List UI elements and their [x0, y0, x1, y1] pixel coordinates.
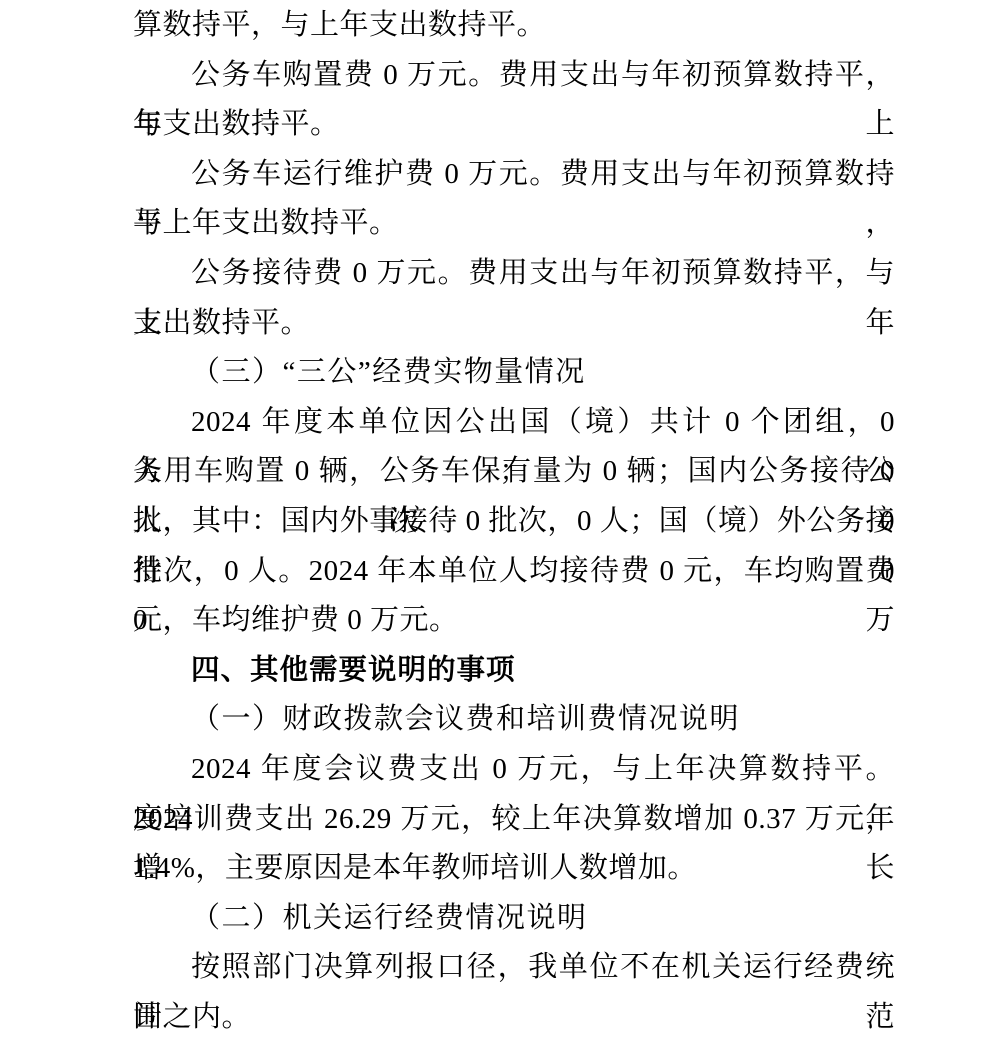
body-line: 批次，0 人。2024 年本单位人均接待费 0 元，车均购置费 0 万	[133, 547, 895, 597]
body-line: 公务车购置费 0 万元。费用支出与年初预算数持平，与上	[133, 51, 895, 101]
body-line: 公务接待费 0 万元。费用支出与年初预算数持平，与上年	[133, 249, 895, 299]
body-line: 度培训费支出 26.29 万元，较上年决算数增加 0.37 万元，增长	[133, 795, 895, 845]
body-line: 务用车购置 0 辆，公务车保有量为 0 辆；国内公务接待 0 批次 0	[133, 447, 895, 497]
document-page: 算数持平，与上年支出数持平。 公务车购置费 0 万元。费用支出与年初预算数持平，…	[0, 0, 1000, 1043]
subsection-heading-operating-funds: （二）机关运行经费情况说明	[133, 894, 895, 944]
body-line: 按照部门决算列报口径，我单位不在机关运行经费统计范	[133, 943, 895, 993]
body-line: 人，其中：国内外事接待 0 批次，0 人；国（境）外公务接待 0	[133, 497, 895, 547]
body-line: 2024 年度会议费支出 0 万元，与上年决算数持平。2024 年	[133, 745, 895, 795]
section-heading-other-items: 四、其他需要说明的事项	[133, 646, 895, 696]
body-line: 公务车运行维护费 0 万元。费用支出与年初预算数持平，	[133, 150, 895, 200]
body-line: 2024 年度本单位因公出国（境）共计 0 个团组，0 人；公	[133, 398, 895, 448]
subsection-heading-meeting-training: （一）财政拨款会议费和培训费情况说明	[133, 695, 895, 745]
paragraph-continuation-line: 算数持平，与上年支出数持平。	[133, 1, 895, 51]
subsection-heading-three-public-physical: （三）“三公”经费实物量情况	[133, 348, 895, 398]
